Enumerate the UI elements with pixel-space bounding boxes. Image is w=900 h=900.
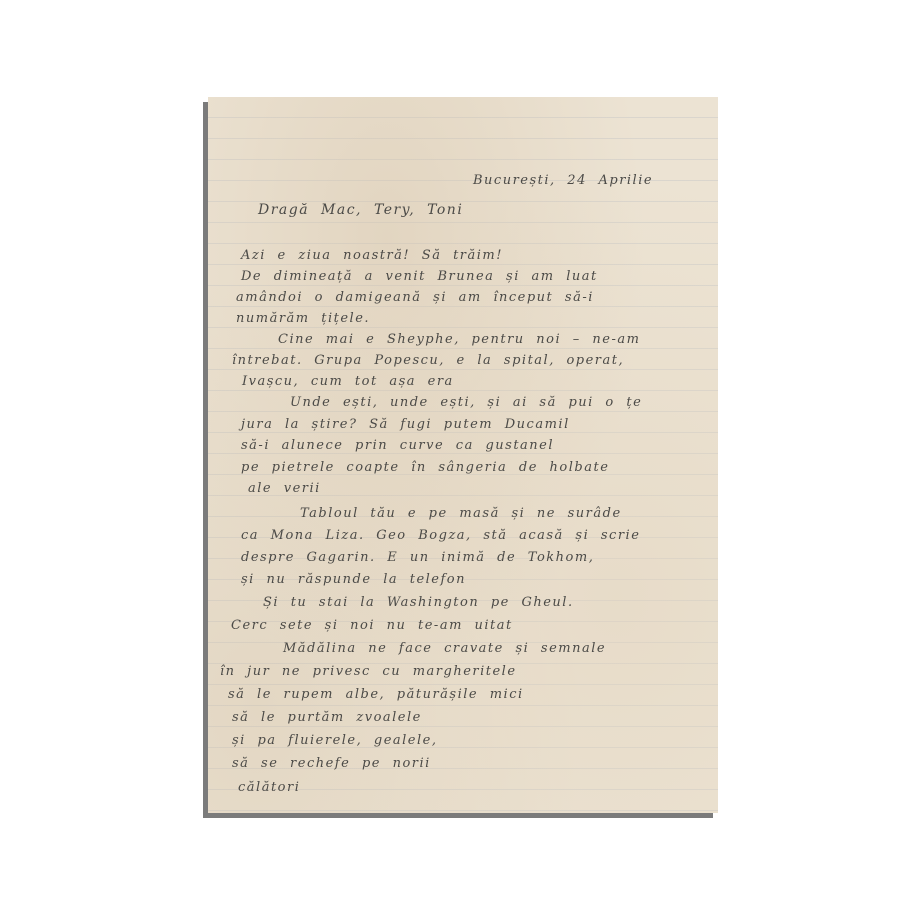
letter-line: Și tu stai la Washington pe Gheul. [263, 595, 574, 610]
letter-line: călători [238, 780, 300, 795]
letter-line: să-i alunece prin curve ca gustanel [241, 438, 554, 453]
letter-line: să le purtăm zvoalele [232, 710, 422, 725]
letter-line: și pa fluierele, gealele, [232, 733, 437, 748]
letter-line: întrebat. Grupa Popescu, e la spital, op… [232, 353, 624, 368]
letter-date: București, 24 Aprilie [473, 173, 653, 188]
letter-line: Ivașcu, cum tot așa era [242, 374, 454, 389]
letter-line: ale verii [248, 481, 321, 496]
letter-line: Mădălina ne face cravate și semnale [283, 641, 606, 656]
letter-line: amândoi o damigeană și am început să-i [236, 290, 594, 305]
letter-salutation: Dragă Mac, Tery, Toni [258, 202, 463, 218]
letter-page: București, 24 Aprilie Dragă Mac, Tery, T… [208, 97, 718, 813]
letter-line: pe pietrele coapte în sângeria de holbat… [241, 460, 609, 475]
letter-line: să le rupem albe, păturășile mici [228, 687, 524, 702]
letter-line: jura la știre? Să fugi putem Ducamil [241, 417, 570, 432]
letter-line: ca Mona Liza. Geo Bogza, stă acasă și sc… [241, 528, 640, 543]
letter-line: Tabloul tău e pe masă și ne surâde [300, 506, 622, 521]
letter-line: numărăm țițele. [236, 311, 370, 326]
letter-line: De dimineață a venit Brunea și am luat [241, 269, 598, 284]
letter-line: și nu răspunde la telefon [241, 572, 466, 587]
letter-line: în jur ne privesc cu margheritele [220, 664, 517, 679]
letter-line: să se rechefe pe norii [232, 756, 431, 771]
letter-line: Cine mai e Sheyphe, pentru noi – ne-am [278, 332, 640, 347]
letter-line: Azi e ziua noastră! Să trăim! [241, 248, 503, 263]
letter-line: Cerc sete și noi nu te-am uitat [231, 618, 513, 633]
letter-line: despre Gagarin. E un inimă de Tokhom, [241, 550, 594, 565]
letter-line: Unde ești, unde ești, și ai să pui o țe [290, 395, 642, 410]
